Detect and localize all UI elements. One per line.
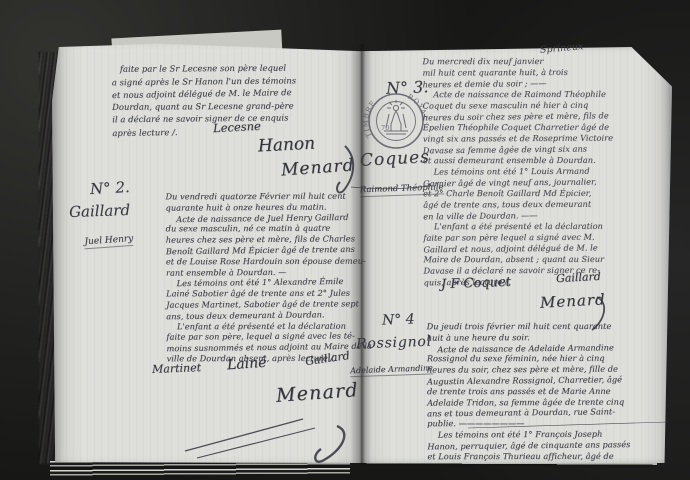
act2-margin-number: N° 2. bbox=[90, 178, 131, 198]
signature-hanon: Hanon bbox=[258, 134, 316, 157]
signature-menard-act3: Menard bbox=[540, 290, 606, 311]
act3-body-text: Du mercredi dix neuf janviermil huit cen… bbox=[422, 55, 665, 287]
timbre-royal-stamp-icon: TIMBRE ROYAL 70 bbox=[360, 90, 432, 154]
act3-margin-name: Coques bbox=[360, 147, 431, 171]
handwritten-line: L'enfant a été présenté et la déclaratio… bbox=[166, 320, 362, 331]
act4-margin-firstnames: Adelaide Armandine bbox=[340, 354, 434, 384]
handwritten-line: faite par le Sr Lecesne son père lequel bbox=[112, 61, 360, 75]
signature-lecesne: Lecesne bbox=[213, 119, 261, 135]
register-scan: faite par le Sr Lecesne son père lequela… bbox=[0, 0, 690, 480]
handwritten-line: Rossignol du sexe féminin, née hier à ci… bbox=[427, 353, 671, 364]
act2-margin-firstnames: Juel Henry bbox=[72, 224, 134, 258]
signature-gaillard-act3: Gaillard bbox=[556, 270, 601, 285]
handwritten-line: Épelien Théophile Coquet Charretier âgé … bbox=[423, 122, 665, 133]
act2-firstnames-text: Juel Henry bbox=[84, 234, 134, 249]
handwritten-line: et 2° Charle Benoît Gaillard Md Épicier, bbox=[423, 188, 665, 199]
handwritten-line: Du jeudi trois février mil huit cent qua… bbox=[427, 321, 671, 332]
handwritten-line: Du mercredi dix neuf janvier bbox=[422, 56, 664, 67]
handwritten-line: et de Louise Rose Hardouin son épouse de… bbox=[166, 255, 362, 266]
svg-text:TIMBRE: TIMBRE bbox=[362, 99, 378, 139]
handwritten-line: Acte de naissance de Raimond Théophile bbox=[423, 89, 665, 100]
handwritten-line: Lainé Sabotier âgé de trente ans et 2° J… bbox=[166, 288, 362, 299]
signature-laine: Lainé bbox=[226, 355, 266, 374]
stamp-text-timbre: TIMBRE bbox=[362, 99, 378, 139]
act4-body-text: Du jeudi trois février mil huit cent qua… bbox=[427, 320, 672, 462]
signature-martinet: Martinet bbox=[152, 361, 201, 376]
signature-coquet: J F Coquet bbox=[441, 275, 511, 292]
handwritten-line: Maire de Dourdan, absent ; quant au Sieu… bbox=[423, 254, 665, 265]
handwritten-line: et aussi demeurant ensemble à Dourdan. bbox=[423, 155, 665, 166]
act2-body-text: Du vendredi quatorze Février mil huit ce… bbox=[165, 190, 362, 364]
handwritten-line: L'enfant a été présenté et la déclaratio… bbox=[423, 221, 665, 232]
handwritten-line: de trente trois ans passés et de Marie A… bbox=[427, 386, 671, 397]
act2-margin-name: Gaillard bbox=[69, 201, 131, 221]
act4-margin-number: N° 4 bbox=[382, 311, 415, 328]
act4-margin-name: Rossignol bbox=[356, 334, 432, 353]
stamp-value: 70 bbox=[381, 124, 389, 132]
handwritten-line: Du vendredi quatorze Février mil huit ce… bbox=[165, 191, 361, 202]
handwritten-line: publie. ———————— bbox=[427, 418, 671, 429]
handwritten-line: Dourdan, quant au Sr Lecesne grand-père bbox=[112, 99, 360, 113]
handwritten-line: du sexe masculin, né ce matin à quatre bbox=[166, 223, 362, 234]
act4-firstnames-text: Adelaide Armandine bbox=[350, 363, 433, 377]
handwritten-line: et Louis François Thurieau afficheur, âg… bbox=[427, 450, 671, 461]
